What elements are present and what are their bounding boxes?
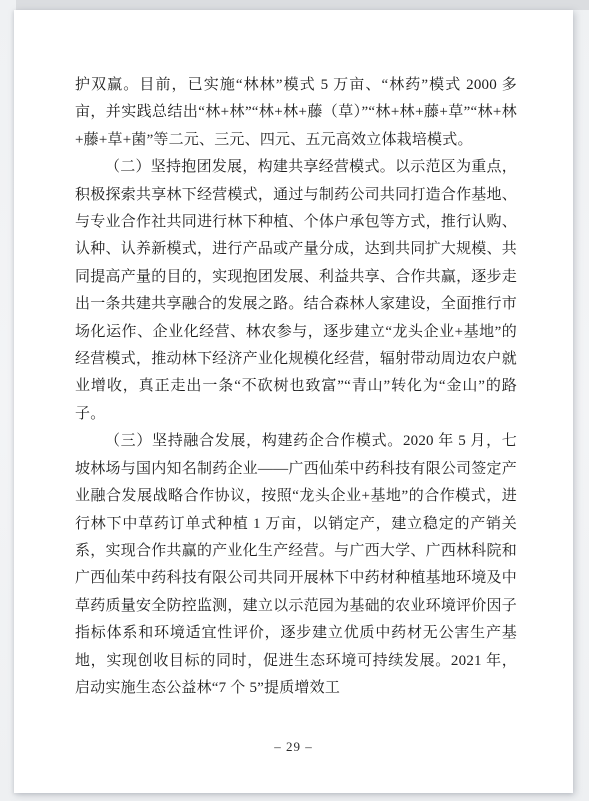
page-gap [16,0,589,10]
page-number: – 29 – [14,739,573,755]
document-page: 护双赢。目前，已实施“林林”模式 5 万亩、“林药”模式 2000 多亩，并实践… [14,10,573,793]
paragraph-section-2: （二）坚持抱团发展，构建共享经营模式。以示范区为重点，积极探索共享林下经营模式，… [75,154,517,428]
document-body: 护双赢。目前，已实施“林林”模式 5 万亩、“林药”模式 2000 多亩，并实践… [75,72,517,702]
viewer-background: 护双赢。目前，已实施“林林”模式 5 万亩、“林药”模式 2000 多亩，并实践… [0,0,589,801]
paragraph-continuation: 护双赢。目前，已实施“林林”模式 5 万亩、“林药”模式 2000 多亩，并实践… [75,72,517,154]
paragraph-section-3: （三）坚持融合发展，构建药企合作模式。2020 年 5 月，七坡林场与国内知名制… [75,428,517,702]
